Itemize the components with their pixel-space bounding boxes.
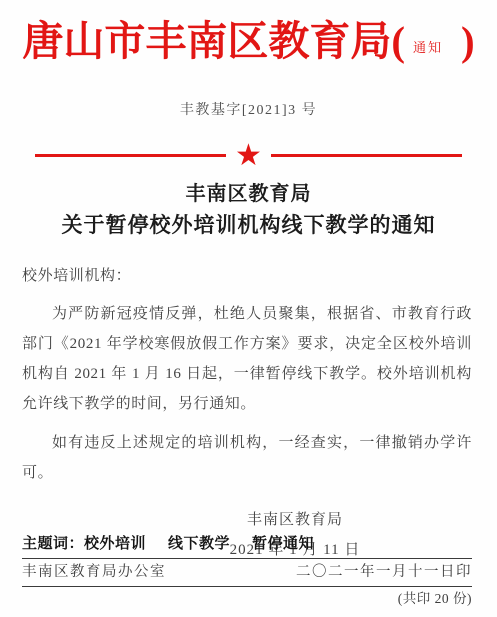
issuing-office: 丰南区教育局办公室	[22, 561, 166, 583]
body-paragraph-1: 为严防新冠疫情反弹，杜绝人员聚集，根据省、市教育行政部门《2021 年学校寒假放…	[22, 299, 472, 419]
red-star-divider: ★	[0, 141, 497, 171]
print-date: 二〇二一年一月十一日印	[296, 561, 472, 583]
print-copies: (共印 20 份)	[22, 589, 472, 609]
salutation: 校外培训机构：	[22, 264, 472, 288]
star-icon: ★	[235, 141, 262, 171]
keywords-row: 主题词：校外培训线下教学暂停通知	[22, 533, 472, 555]
keyword-3: 暂停通知	[252, 535, 314, 552]
document-title: 丰南区教育局 关于暂停校外培训机构线下教学的通知	[0, 179, 497, 241]
footer-divider-top	[22, 558, 472, 559]
title-line-subject: 关于暂停校外培训机构线下教学的通知	[0, 209, 497, 241]
red-letterhead: 唐山市丰南区教育局(通知)	[0, 14, 497, 73]
keywords-label: 主题词：	[22, 535, 84, 552]
divider-line-right	[271, 154, 462, 157]
document-footer: 主题词：校外培训线下教学暂停通知 丰南区教育局办公室 二〇二一年一月十一日印 (…	[22, 533, 472, 609]
body-paragraph-2: 如有违反上述规定的培训机构，一经查实，一律撤销办学许可。	[22, 428, 472, 488]
letterhead-doc-type: 通知	[413, 21, 443, 75]
document-number: 丰教基字[2021]3 号	[0, 99, 497, 119]
letterhead-agency-title: 唐山市丰南区教育局(	[22, 18, 405, 64]
footer-divider-bottom	[22, 586, 472, 587]
document-body: 校外培训机构： 为严防新冠疫情反弹，杜绝人员聚集，根据省、市教育行政部门《202…	[0, 264, 497, 488]
divider-line-left	[35, 154, 226, 157]
letterhead-close-paren: )	[461, 18, 475, 64]
official-notice-page: 唐山市丰南区教育局(通知) 丰教基字[2021]3 号 ★ 丰南区教育局 关于暂…	[0, 0, 497, 617]
keyword-2: 线下教学	[168, 535, 230, 552]
title-line-agency: 丰南区教育局	[0, 179, 497, 209]
signature-agency: 丰南区教育局	[220, 507, 370, 533]
issuer-row: 丰南区教育局办公室 二〇二一年一月十一日印	[22, 561, 472, 583]
keyword-1: 校外培训	[84, 535, 146, 552]
